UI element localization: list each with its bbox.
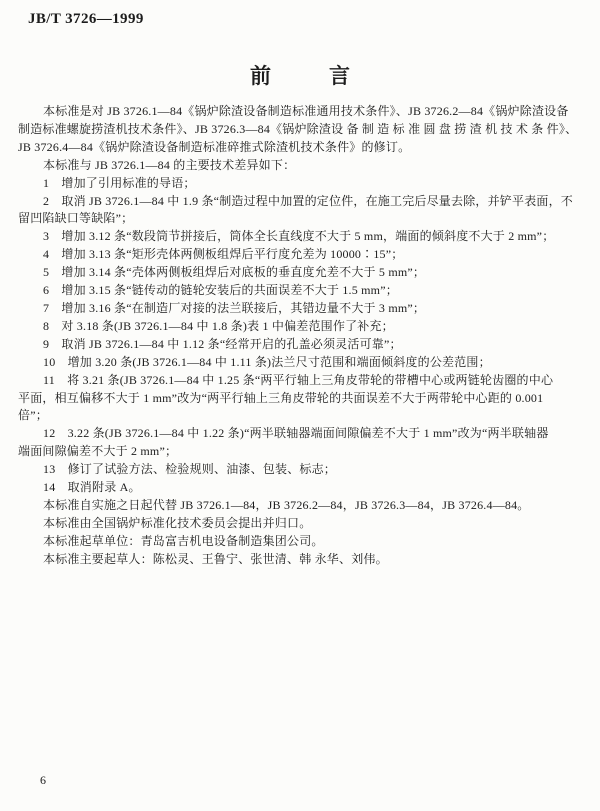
text-line: 13 修订了试验方法、检验规则、油漆、包装、标志； [18, 461, 588, 479]
text-line: 14 取消附录 A。 [18, 479, 588, 497]
page-title: 前 言 [0, 62, 600, 90]
standard-number: JB/T 3726—1999 [28, 11, 144, 28]
text-line: 4 增加 3.13 条“矩形壳体两侧板组焊后平行度允差为 10000∶15”； [18, 246, 588, 264]
text-line: 留凹陷缺口等缺陷”； [18, 210, 588, 228]
text-line: 端面间隙偏差不大于 2 mm”； [18, 443, 588, 461]
text-line: 10 增加 3.20 条(JB 3726.1—84 中 1.11 条)法兰尺寸范… [18, 354, 588, 372]
text-line: 倍”； [18, 407, 588, 425]
text-line: 本标准与 JB 3726.1—84 的主要技术差异如下： [18, 157, 588, 175]
page-title-char-1: 前 [250, 62, 271, 90]
text-line: 本标准主要起草人：陈松灵、王鲁宁、张世清、韩 永华、刘伟。 [18, 551, 588, 569]
page-number: 6 [40, 773, 46, 788]
text-line: 本标准自实施之日起代替 JB 3726.1—84，JB 3726.2—84，JB… [18, 497, 588, 515]
text-line: 平面，相互偏移不大于 1 mm”改为“两平行轴上三角皮带轮的共面误差不大于两带轮… [18, 390, 588, 408]
text-line: 11 将 3.21 条(JB 3726.1—84 中 1.25 条“两平行轴上三… [18, 372, 588, 390]
text-line: 12 3.22 条(JB 3726.1—84 中 1.22 条)“两半联轴器端面… [18, 425, 588, 443]
text-line: JB 3726.4—84《锅炉除渣设备制造标准碎推式除渣机技术条件》的修订。 [18, 139, 588, 157]
text-line: 本标准起草单位：青岛富吉机电设备制造集团公司。 [18, 533, 588, 551]
page-title-char-2: 言 [329, 62, 350, 90]
text-line: 6 增加 3.15 条“链传动的链轮安装后的共面误差不大于 1.5 mm”； [18, 282, 588, 300]
text-line: 5 增加 3.14 条“壳体两侧板组焊后对底板的垂直度允差不大于 5 mm”； [18, 264, 588, 282]
text-line: 1 增加了引用标准的导语； [18, 175, 588, 193]
document-page: JB/T 3726—1999 前 言 本标准是对 JB 3726.1—84《锅炉… [0, 0, 600, 811]
text-line: 本标准由全国锅炉标准化技术委员会提出并归口。 [18, 515, 588, 533]
text-line: 3 增加 3.12 条“数段筒节拼接后，筒体全长直线度不大于 5 mm，端面的倾… [18, 228, 588, 246]
text-line: 制造标准螺旋捞渣机技术条件》、JB 3726.3—84《锅炉除渣设 备 制 造 … [18, 121, 588, 139]
text-line: 7 增加 3.16 条“在制造厂对接的法兰联接后，其错边量不大于 3 mm”； [18, 300, 588, 318]
text-line: 本标准是对 JB 3726.1—84《锅炉除渣设备制造标准通用技术条件》、JB … [18, 103, 588, 121]
text-line: 2 取消 JB 3726.1—84 中 1.9 条“制造过程中加置的定位件，在施… [18, 193, 588, 211]
text-line: 9 取消 JB 3726.1—84 中 1.12 条“经常开启的孔盖必须灵活可靠… [18, 336, 588, 354]
text-line: 8 对 3.18 条(JB 3726.1—84 中 1.8 条)表 1 中偏差范… [18, 318, 588, 336]
document-body: 本标准是对 JB 3726.1—84《锅炉除渣设备制造标准通用技术条件》、JB … [18, 103, 588, 569]
